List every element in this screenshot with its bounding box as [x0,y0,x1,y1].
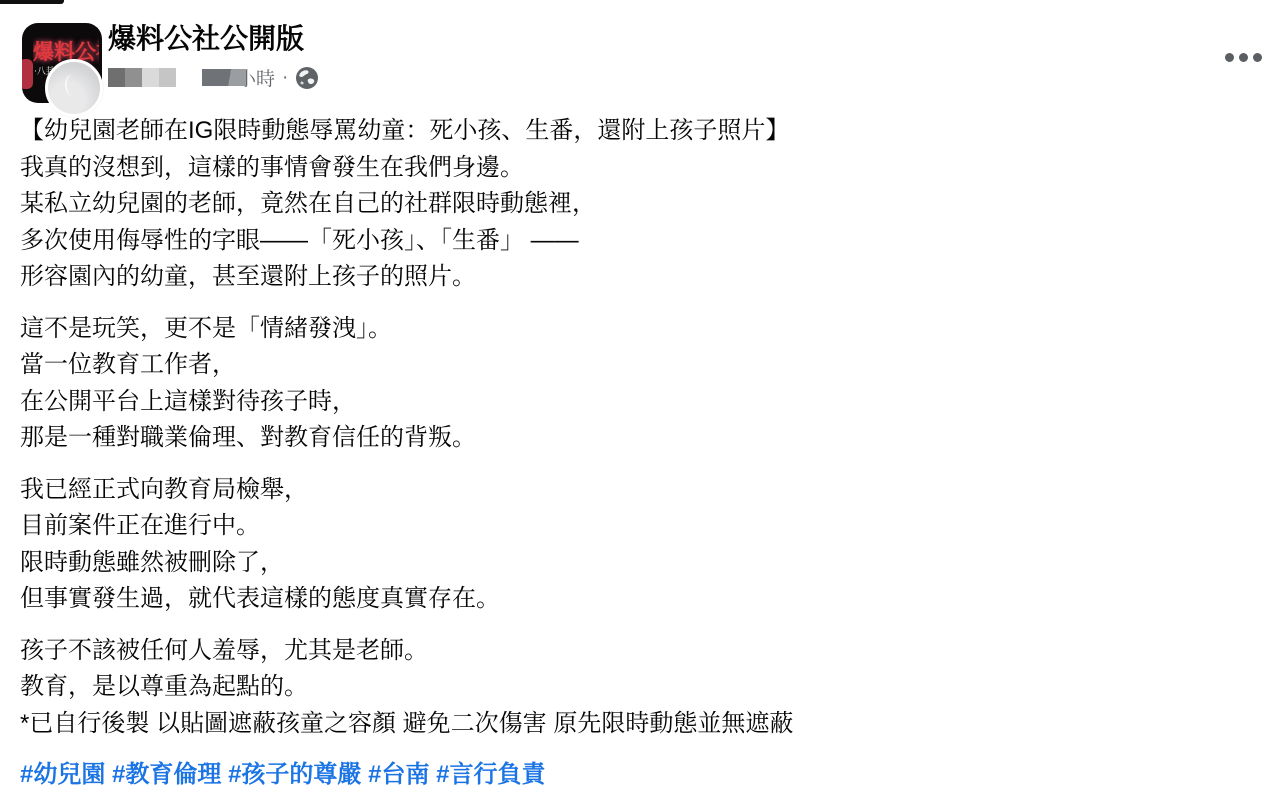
post-line: 我真的沒想到，這樣的事情會發生在我們身邊。 [20,150,1262,187]
hashtag-link[interactable]: #孩子的尊嚴 [228,761,361,788]
post-paragraph: 【幼兒園老師在IG限時動態辱罵幼童：死小孩、生番，還附上孩子照片】我真的沒想到，… [20,113,1262,296]
post-line: *已自行後製 以貼圖遮蔽孩童之容顏 避免二次傷害 原先限時動態並無遮蔽 [20,706,1262,743]
censored-username [108,68,176,87]
post-line: 形容園內的幼童，甚至還附上孩子的照片。 [20,259,1262,296]
post-line: 限時動態雖然被刪除了， [20,545,1262,582]
avatar-logo-mark [22,59,33,89]
hashtag-link[interactable]: #教育倫理 [112,761,221,788]
post-line: 孩子不該被任何人羞辱，尤其是老師。 [20,633,1262,670]
post-line: 某私立幼兒園的老師，竟然在自己的社群限時動態裡， [20,186,1262,223]
ellipsis-icon [1225,53,1262,62]
post-line: 教育，是以尊重為起點的。 [20,669,1262,706]
post-line: 當一位教育工作者， [20,347,1262,384]
header-text: 爆料公社公開版 小時 · [108,23,319,91]
facebook-post: 爆料公社 ‧八卦爆料 爆料公社公開版 小時 · [0,0,1280,803]
post-options-button[interactable] [1221,49,1266,66]
post-line: 那是一種對職業倫理、對教育信任的背叛。 [20,420,1262,457]
censored-time-value [202,69,246,86]
post-paragraph: 孩子不該被任何人羞辱，尤其是老師。教育，是以尊重為起點的。*已自行後製 以貼圖遮… [20,633,1262,743]
post-line: 多次使用侮辱性的字眼——「死小孩」、「生番」 —— [20,223,1262,260]
group-avatar[interactable]: 爆料公社 ‧八卦爆料 [22,23,102,103]
hashtag-link[interactable]: #言行負責 [436,761,545,788]
globe-icon [295,66,319,90]
poster-avatar-censored[interactable] [45,59,103,117]
post-line: 但事實發生過，就代表這樣的態度真實存在。 [20,581,1262,618]
group-name-link[interactable]: 爆料公社公開版 [108,23,319,55]
hashtag-row: #幼兒園 #教育倫理 #孩子的尊嚴 #台南 #言行負責 [20,757,1262,794]
meta-separator: · [282,67,288,89]
post-line: 【幼兒園老師在IG限時動態辱罵幼童：死小孩、生番，還附上孩子照片】 [20,113,1262,150]
post-header: 爆料公社 ‧八卦爆料 爆料公社公開版 小時 · [22,23,1266,107]
post-meta: 小時 · [108,64,319,91]
post-line: 我已經正式向教育局檢舉， [20,472,1262,509]
hashtag-link[interactable]: #台南 [368,761,429,788]
post-line: 目前案件正在進行中。 [20,508,1262,545]
hashtag-link[interactable]: #幼兒園 [20,761,105,788]
post-line: 這不是玩笑，更不是「情緒發洩」。 [20,311,1262,348]
post-content: 【幼兒園老師在IG限時動態辱罵幼童：死小孩、生番，還附上孩子照片】我真的沒想到，… [20,113,1262,794]
post-paragraph: 這不是玩笑，更不是「情緒發洩」。當一位教育工作者，在公開平台上這樣對待孩子時，那… [20,311,1262,457]
post-line: 在公開平台上這樣對待孩子時， [20,384,1262,421]
post-paragraph: 我已經正式向教育局檢舉，目前案件正在進行中。限時動態雖然被刪除了，但事實發生過，… [20,472,1262,618]
cropped-element [0,0,64,4]
